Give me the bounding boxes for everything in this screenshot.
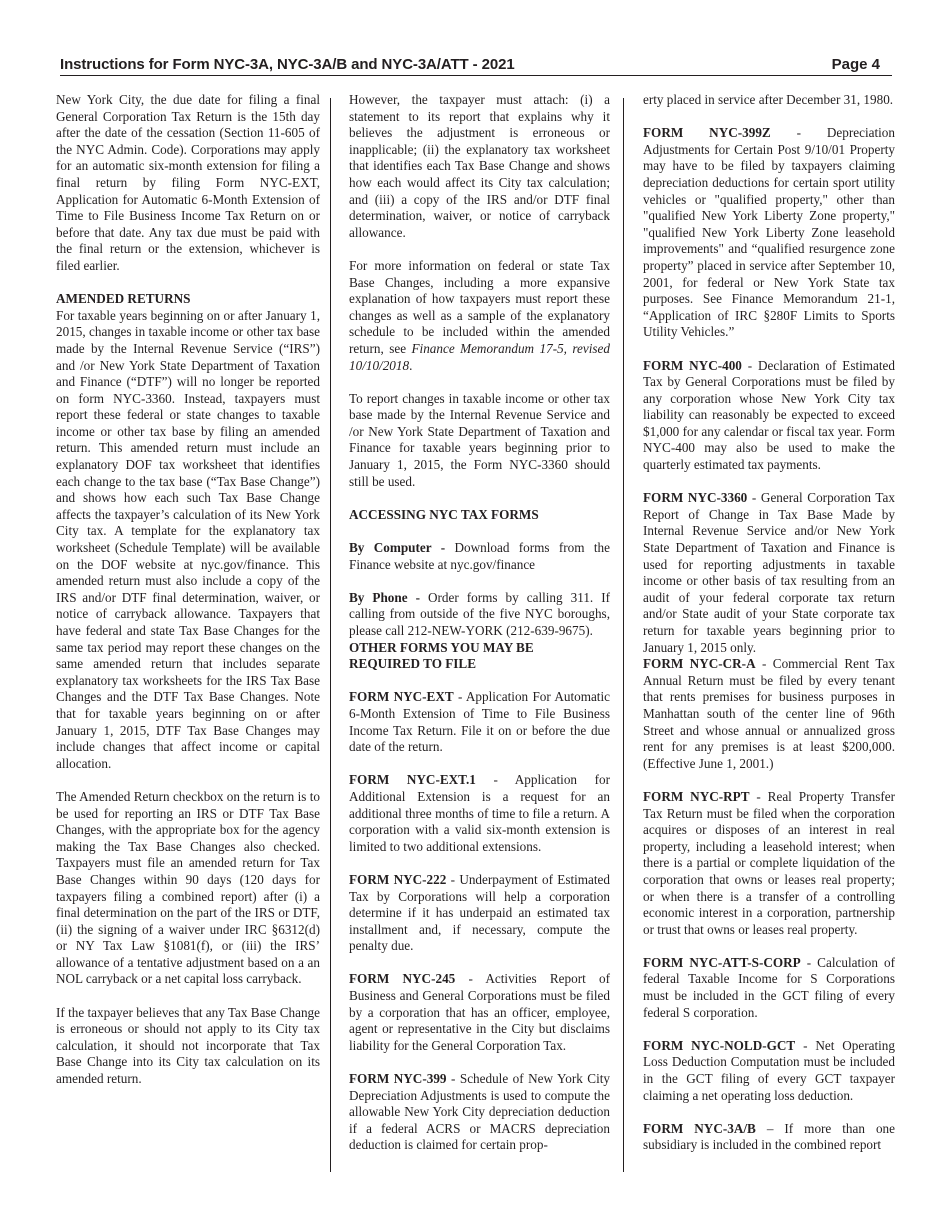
column-1: New York City, the due date for filing a… [56, 92, 320, 1104]
attach-statement-paragraph: However, the taxpayer must attach: (i) a… [349, 92, 610, 241]
by-computer-paragraph: By Computer - Download forms from the Fi… [349, 540, 610, 573]
form-entry: FORM NYC-400 - Declaration of Estimated … [643, 358, 895, 474]
form-entry: FORM NYC-EXT - Application For Automatic… [349, 689, 610, 755]
form-entry: FORM NYC-CR-A - Commercial Rent Tax Annu… [643, 656, 895, 772]
accessing-forms-heading: ACCESSING NYC TAX FORMS [349, 507, 610, 524]
column-2: However, the taxpayer must attach: (i) a… [349, 92, 610, 1171]
column-3: erty placed in service after December 31… [643, 92, 895, 1171]
page-header: Instructions for Form NYC-3A, NYC-3A/B a… [60, 55, 892, 76]
form-entry: FORM NYC-3A/B – If more than one subsidi… [643, 1121, 895, 1154]
form-entry: FORM NYC-399Z - Depreciation Adjustments… [643, 125, 895, 341]
form-entry: FORM NYC-3360 - General Corporation Tax … [643, 490, 895, 656]
form-entry: FORM NYC-ATT-S-CORP - Calculation of fed… [643, 955, 895, 1021]
amended-returns-paragraph: For taxable years beginning on or after … [56, 308, 320, 773]
column-divider [330, 98, 331, 1172]
document-title: Instructions for Form NYC-3A, NYC-3A/B a… [60, 56, 515, 73]
continuation-text: erty placed in service after December 31… [643, 92, 895, 109]
other-forms-heading: OTHER FORMS YOU MAY BE REQUIRED TO FILE [349, 640, 549, 673]
nyc-3360-paragraph: To report changes in taxable income or o… [349, 391, 610, 491]
form-entry: FORM NYC-EXT.1 - Application for Additio… [349, 772, 610, 855]
form-entry: FORM NYC-399 - Schedule of New York City… [349, 1071, 610, 1154]
amended-checkbox-paragraph: The Amended Return checkbox on the retur… [56, 789, 320, 988]
by-phone-paragraph: By Phone - Order forms by calling 311. I… [349, 590, 610, 640]
amended-returns-heading: AMENDED RETURNS [56, 291, 320, 308]
form-entry: FORM NYC-245 - Activities Report of Busi… [349, 971, 610, 1054]
form-entry: FORM NYC-RPT - Real Property Transfer Ta… [643, 789, 895, 938]
form-entry: FORM NYC-NOLD-GCT - Net Operating Loss D… [643, 1038, 895, 1104]
more-info-paragraph: For more information on federal or state… [349, 258, 610, 374]
column-divider [623, 98, 624, 1172]
final-return-paragraph: New York City, the due date for filing a… [56, 92, 320, 275]
erroneous-change-paragraph: If the taxpayer believes that any Tax Ba… [56, 1005, 320, 1088]
form-entry: FORM NYC-222 - Underpayment of Estimated… [349, 872, 610, 955]
page-number: Page 4 [832, 56, 880, 73]
